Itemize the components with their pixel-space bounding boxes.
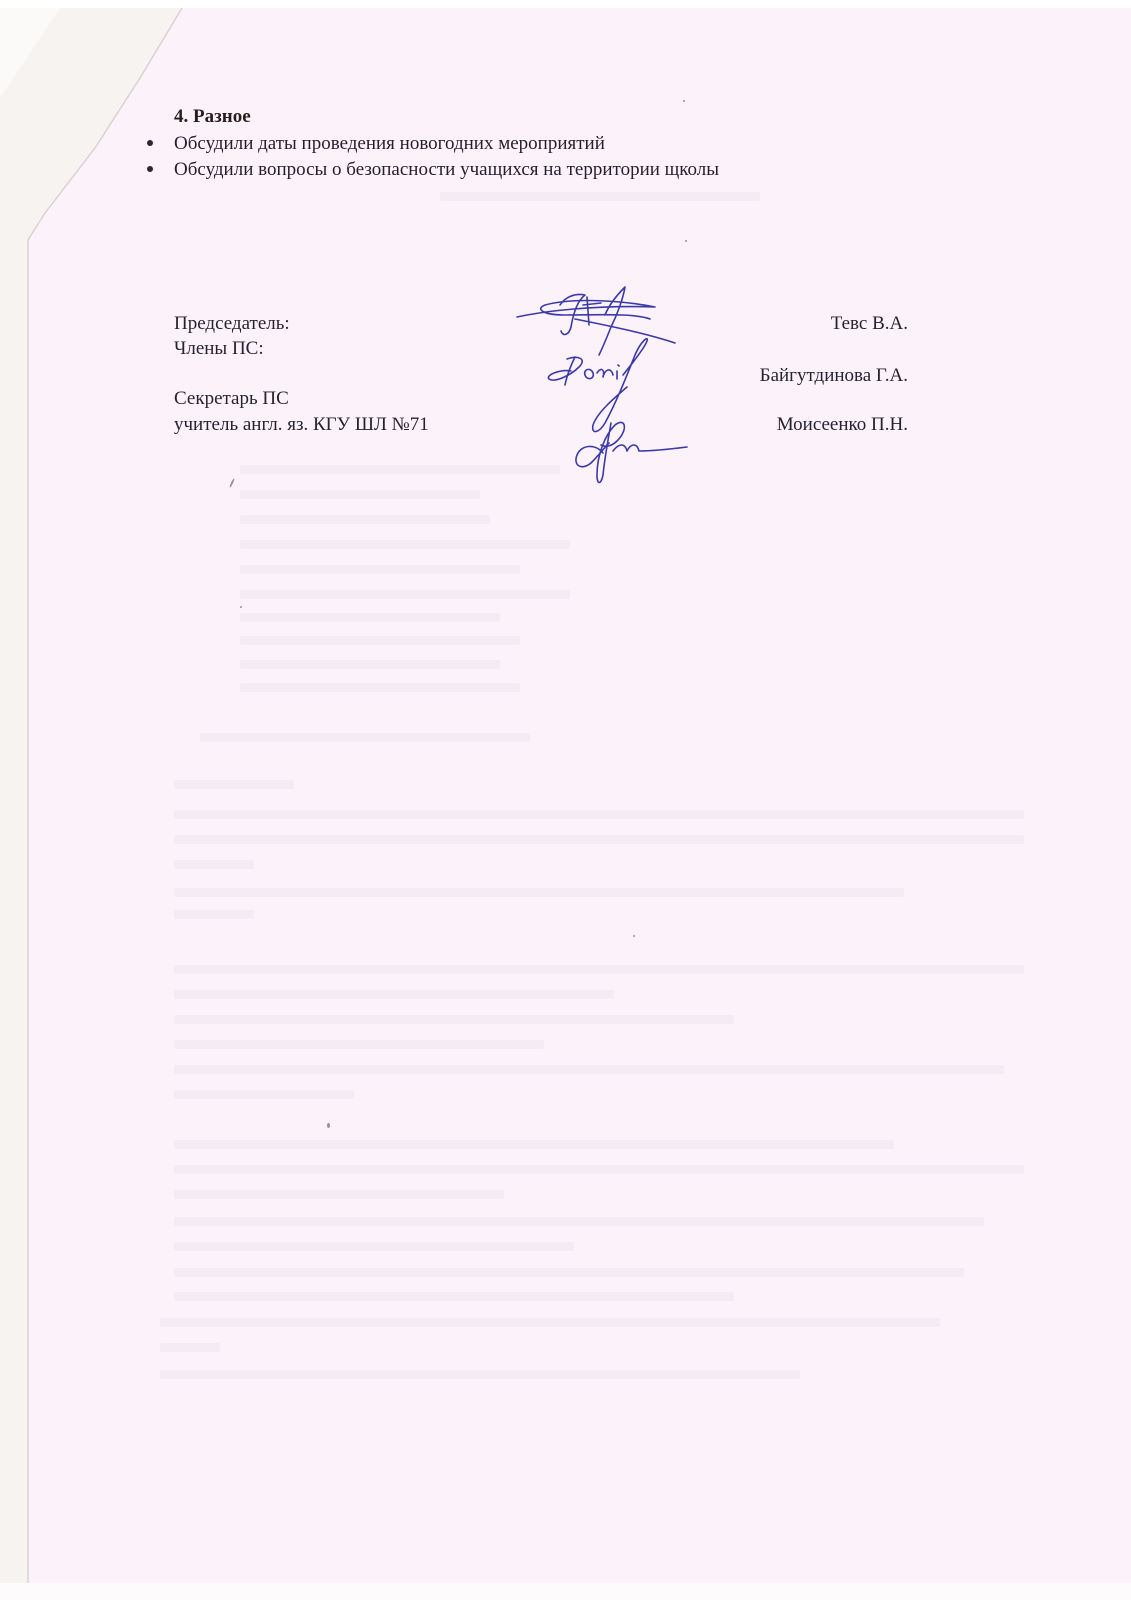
scan-speck: [683, 100, 685, 102]
page-left-edge-shadow: [0, 240, 28, 1583]
scan-speck: [685, 240, 687, 242]
member-signature: [548, 339, 647, 432]
chair-label: Председатель:: [174, 313, 290, 335]
secretary-position: учитель англ. яз. КГУ ШЛ №71: [174, 414, 429, 436]
bullet-icon: [147, 166, 153, 172]
secretary-signature: [576, 422, 687, 482]
scan-speck: [633, 935, 635, 937]
bullet-item: Обсудили вопросы о безопасности учащихся…: [147, 159, 719, 181]
bullet-item: Обсудили даты проведения новогодних меро…: [147, 133, 605, 155]
secretary-label: Секретарь ПС: [174, 388, 289, 410]
members-label: Члены ПС:: [174, 338, 264, 360]
handwritten-signatures: [505, 275, 705, 490]
member-name: Байгутдинова Г.А.: [760, 365, 908, 387]
scan-bottom-margin: [0, 1583, 1131, 1600]
secretary-name: Моисеенко П.Н.: [777, 414, 908, 436]
bullet-icon: [147, 140, 153, 146]
bullet-text: Обсудили вопросы о безопасности учащихся…: [174, 159, 719, 180]
bullet-text: Обсудили даты проведения новогодних меро…: [174, 133, 605, 154]
scan-speck: [327, 1123, 330, 1128]
chair-signature: [517, 287, 675, 355]
scan-speck: [240, 606, 242, 608]
section-heading: 4. Разное: [174, 106, 251, 128]
chair-name: Тевс В.А.: [831, 313, 908, 335]
